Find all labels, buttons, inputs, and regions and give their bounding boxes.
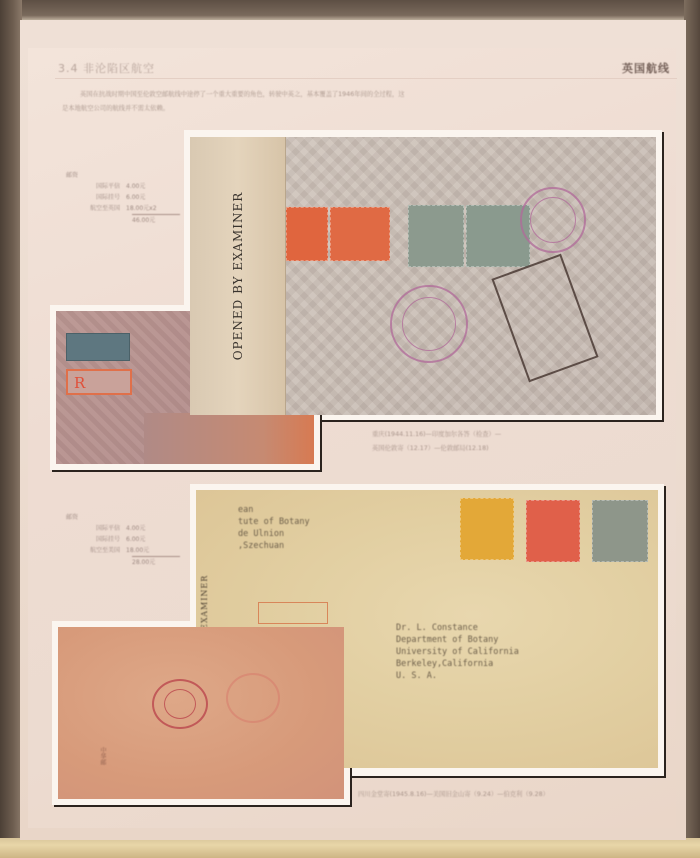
caption-line: 英国伦敦寄（12.17）—伦敦邮局(12.18) bbox=[372, 442, 501, 456]
airmail-label bbox=[66, 333, 130, 361]
censor-label: EXAMINER bbox=[200, 575, 209, 630]
address-line: U. S. A. bbox=[396, 670, 519, 682]
address-line: de Ulnion bbox=[238, 528, 310, 540]
postage-note: 邮资 国际平信 4.00元 国际挂号 6.00元 航空至英国 18.00元x2 … bbox=[58, 170, 180, 226]
postage-note: 邮资 国际平信 4.00元 国际挂号 6.00元 航空至美国 18.00元 28… bbox=[58, 512, 180, 568]
postage-value: 4.00元 bbox=[126, 181, 176, 192]
address-line: tute of Botany bbox=[238, 516, 310, 528]
frame-left bbox=[0, 0, 22, 858]
section-title: 3.4 非沦陷区航空 bbox=[58, 60, 155, 76]
address-line: ean bbox=[238, 504, 310, 516]
registration-label: R bbox=[66, 369, 132, 395]
postage-value: 18.00元x2 bbox=[126, 203, 176, 214]
postage-row: 国际挂号 6.00元 bbox=[58, 192, 180, 203]
frame-right bbox=[684, 0, 700, 858]
censor-handstamp bbox=[491, 254, 598, 383]
intro-line: 是本地航空公司的航线并不需太依赖。 bbox=[62, 102, 662, 116]
cover-caption: 重庆(1944.11.16)—印度加尔各答（检查）— 英国伦敦寄（12.17）—… bbox=[372, 428, 501, 456]
postage-label: 国际平信 bbox=[58, 523, 126, 534]
postage-row: 国际平信 4.00元 bbox=[58, 523, 180, 534]
postage-label: 航空至英国 bbox=[58, 203, 126, 214]
address-line: Department of Botany bbox=[396, 634, 519, 646]
postmark bbox=[164, 689, 196, 719]
category-label: 英国航线 bbox=[622, 60, 670, 76]
postmark bbox=[226, 673, 280, 723]
caption-line: 重庆(1944.11.16)—印度加尔各答（检查）— bbox=[372, 428, 501, 442]
address-line: Berkeley,California bbox=[396, 658, 519, 670]
postage-row: 航空至英国 18.00元x2 bbox=[58, 203, 180, 214]
stamp bbox=[330, 207, 390, 261]
stamp bbox=[460, 498, 514, 560]
postage-label: 国际挂号 bbox=[58, 192, 126, 203]
address-line: Dr. L. Constance bbox=[396, 622, 519, 634]
cover-caption: 四川金堂寄(1945.8.16)—美国旧金山寄（9.24）—伯克利（9.28） bbox=[358, 788, 549, 802]
postage-row: 国际平信 4.00元 bbox=[58, 181, 180, 192]
postage-heading: 邮资 bbox=[66, 512, 180, 523]
handwriting: 中华邮 bbox=[98, 747, 107, 765]
postage-label: 航空至美国 bbox=[58, 545, 126, 556]
caption-line: 四川金堂寄(1945.8.16)—美国旧金山寄（9.24）—伯克利（9.28） bbox=[358, 788, 549, 802]
frame-bottom bbox=[0, 838, 700, 858]
stamp bbox=[526, 500, 580, 562]
postage-value: 6.00元 bbox=[126, 534, 176, 545]
title-divider bbox=[55, 78, 677, 79]
return-address: eantute of Botanyde Ulnion,Szechuan bbox=[238, 504, 310, 552]
intro-paragraph: 英国在抗战时期中国至伦敦空邮航线中途停了一个重大重要的角色，转驶中英之，基本覆盖… bbox=[62, 88, 662, 116]
postage-heading: 邮资 bbox=[66, 170, 180, 181]
cover-front[interactable]: OPENED BY EXAMINER bbox=[190, 137, 656, 415]
address-line: ,Szechuan bbox=[238, 540, 310, 552]
registration-box bbox=[258, 602, 328, 624]
flap-strip bbox=[144, 413, 314, 464]
postage-row: 航空至美国 18.00元 bbox=[58, 545, 180, 556]
postage-value: 18.00元 bbox=[126, 545, 176, 556]
intro-line: 英国在抗战时期中国至伦敦空邮航线中途停了一个重大重要的角色，转驶中英之，基本覆盖… bbox=[62, 88, 662, 102]
postmark bbox=[402, 297, 456, 351]
postmark bbox=[530, 197, 576, 243]
postage-label: 国际平信 bbox=[58, 181, 126, 192]
frame-top bbox=[0, 0, 700, 22]
address-line: University of California bbox=[396, 646, 519, 658]
postage-value: 4.00元 bbox=[126, 523, 176, 534]
censor-label: OPENED BY EXAMINER bbox=[231, 192, 245, 361]
postage-total: 28.00元 bbox=[132, 556, 180, 568]
postage-total: 46.00元 bbox=[132, 214, 180, 226]
recipient-address: Dr. L. ConstanceDepartment of BotanyUniv… bbox=[396, 622, 519, 682]
postage-row: 国际挂号 6.00元 bbox=[58, 534, 180, 545]
censor-tape: OPENED BY EXAMINER bbox=[190, 137, 286, 415]
cover-back[interactable]: 中华邮 bbox=[58, 627, 344, 799]
registration-mark: R bbox=[74, 374, 85, 392]
postage-label: 国际挂号 bbox=[58, 534, 126, 545]
stamp bbox=[592, 500, 648, 562]
stamp bbox=[408, 205, 464, 267]
stamp bbox=[286, 207, 328, 261]
postage-value: 6.00元 bbox=[126, 192, 176, 203]
